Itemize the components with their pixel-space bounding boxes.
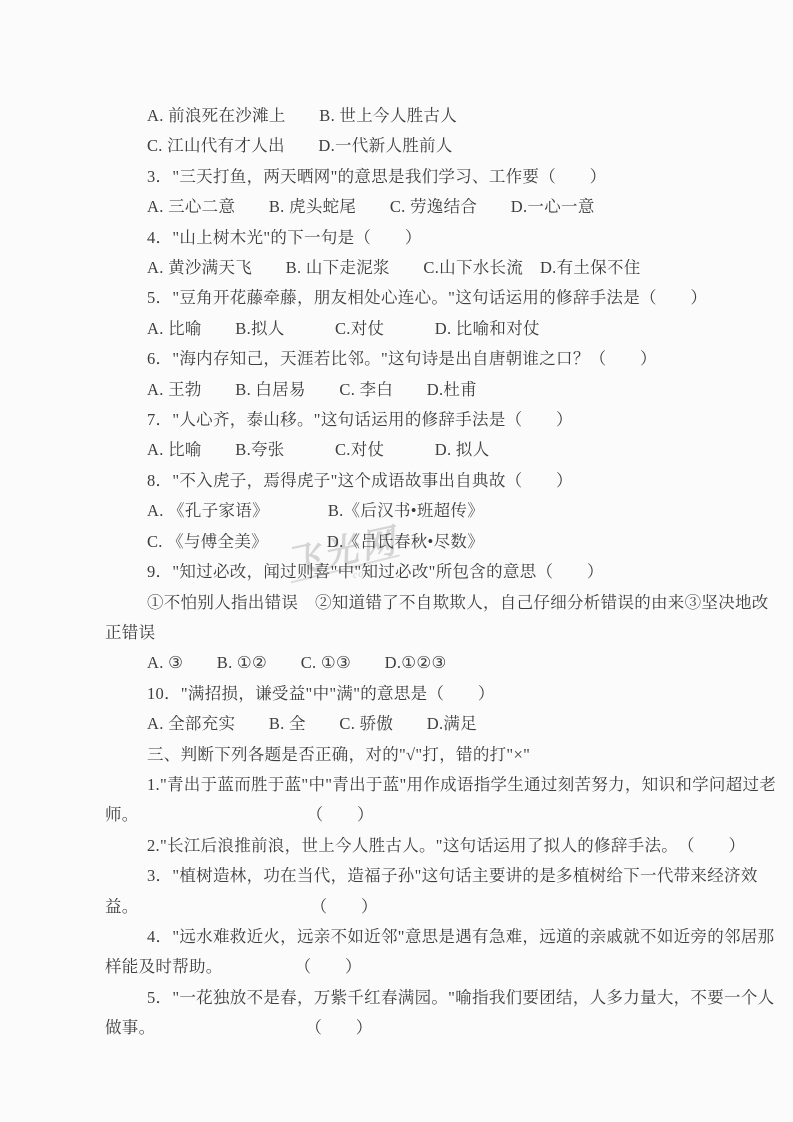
text-line: 正错误: [105, 618, 695, 648]
line-text: 师。: [105, 805, 139, 824]
line-text: 4．"山上树木光"的下一句是（ ）: [147, 228, 422, 247]
text-line: 做事。（ ）: [105, 1013, 695, 1043]
line-text: ①不怕别人指出错误 ②知道错了不自欺欺人，自己仔细分析错误的由来③坚决地改: [147, 593, 769, 612]
text-line: 样能及时帮助。（ ）: [105, 952, 695, 982]
text-line: C. 江山代有才人出 D.一代新人胜前人: [105, 131, 695, 161]
line-text: 6．"海内存知己，天涯若比邻。"这句诗是出自唐朝谁之口？（ ）: [147, 349, 657, 368]
line-text: 3．"三天打鱼，两天晒网"的意思是我们学习、工作要（ ）: [147, 167, 606, 186]
line-text: 7．"人心齐，泰山移。"这句话运用的修辞手法是（ ）: [147, 410, 573, 429]
line-text: C. 江山代有才人出 D.一代新人胜前人: [147, 136, 453, 155]
line-text: 2."长江后浪推前浪，世上今人胜古人。"这句话运用了拟人的修辞手法。: [147, 831, 678, 861]
text-line: A. 全部充实 B. 全 C. 骄傲 D.满足: [105, 709, 695, 739]
text-line: 9．"知过必改，闻过则喜"中"知过必改"所包含的意思（ ）: [105, 557, 695, 587]
answer-blank: （ ）: [305, 1013, 372, 1043]
answer-blank: （ ）: [311, 892, 378, 922]
line-text: A. 三心二意 B. 虎头蛇尾 C. 劳逸结合 D.一心一意: [147, 197, 595, 216]
line-text: 三、判断下列各题是否正确，对的"√"打，错的打"×": [147, 745, 530, 764]
text-line: 2."长江后浪推前浪，世上今人胜古人。"这句话运用了拟人的修辞手法。（ ）: [105, 831, 695, 861]
line-text: A. ③ B. ①② C. ①③ D.①②③: [147, 653, 447, 672]
line-text: 8．"不入虎子，焉得虎子"这个成语故事出自典故（ ）: [147, 471, 573, 490]
line-text: A. 全部充实 B. 全 C. 骄傲 D.满足: [147, 714, 477, 733]
answer-blank: （ ）: [678, 831, 745, 861]
line-text: A. 黄沙满天飞 B. 山下走泥浆 C.山下水长流 D.有土保不住: [147, 258, 641, 277]
line-text: 1."青出于蓝而胜于蓝"中"青出于蓝"用作成语指学生通过刻苦努力，知识和学问超过…: [147, 775, 776, 794]
text-line: 7．"人心齐，泰山移。"这句话运用的修辞手法是（ ）: [105, 405, 695, 435]
text-line: 益。（ ）: [105, 892, 695, 922]
line-text: A. 王勃 B. 白居易 C. 李白 D.杜甫: [147, 380, 477, 399]
text-line: A. 黄沙满天飞 B. 山下走泥浆 C.山下水长流 D.有土保不住: [105, 253, 695, 283]
text-line: 3．"三天打鱼，两天晒网"的意思是我们学习、工作要（ ）: [105, 162, 695, 192]
line-text: 5．"一花独放不是春，万紫千红春满园。"喻指我们要团结，人多力量大，不要一个人: [147, 988, 774, 1007]
line-text: 4．"远水难救近火，远亲不如近邻"意思是遇有急难，远道的亲戚就不如近旁的邻居那: [147, 927, 774, 946]
line-text: 益。: [105, 897, 139, 916]
text-line: C. 《与傅全美》 D.《吕氏春秋•尽数》: [105, 527, 695, 557]
text-line: A. ③ B. ①② C. ①③ D.①②③: [105, 648, 695, 678]
document-content: A. 前浪死在沙滩上 B. 世上今人胜古人C. 江山代有才人出 D.一代新人胜前…: [105, 101, 695, 1044]
line-text: 9．"知过必改，闻过则喜"中"知过必改"所包含的意思（ ）: [147, 562, 604, 581]
answer-blank: （ ）: [307, 800, 374, 830]
line-text: C. 《与傅全美》 D.《吕氏春秋•尽数》: [147, 532, 484, 551]
text-line: 5．"一花独放不是春，万紫千红春满园。"喻指我们要团结，人多力量大，不要一个人: [105, 983, 695, 1013]
text-line: 10．"满招损，谦受益"中"满"的意思是（ ）: [105, 679, 695, 709]
line-text: 样能及时帮助。: [105, 957, 223, 976]
text-line: 师。（ ）: [105, 800, 695, 830]
line-text: A. 比喻 B.夸张 C.对仗 D. 拟人: [147, 440, 489, 459]
text-line: 4．"远水难救近火，远亲不如近邻"意思是遇有急难，远道的亲戚就不如近旁的邻居那: [105, 922, 695, 952]
line-text: A. 《孔子家语》 B.《后汉书•班超传》: [147, 501, 484, 520]
text-line: A. 比喻 B.拟人 C.对仗 D. 比喻和对仗: [105, 314, 695, 344]
line-text: 5．"豆角开花藤牵藤，朋友相处心连心。"这句话运用的修辞手法是（ ）: [147, 288, 707, 307]
text-line: A. 王勃 B. 白居易 C. 李白 D.杜甫: [105, 375, 695, 405]
text-line: 6．"海内存知己，天涯若比邻。"这句诗是出自唐朝谁之口？（ ）: [105, 344, 695, 374]
text-line: 3．"植树造林，功在当代，造福子孙"这句话主要讲的是多植树给下一代带来经济效: [105, 861, 695, 891]
line-text: 做事。: [105, 1018, 155, 1037]
text-line: A. 三心二意 B. 虎头蛇尾 C. 劳逸结合 D.一心一意: [105, 192, 695, 222]
text-line: ①不怕别人指出错误 ②知道错了不自欺欺人，自己仔细分析错误的由来③坚决地改: [105, 588, 695, 618]
text-line: A. 《孔子家语》 B.《后汉书•班超传》: [105, 496, 695, 526]
text-line: A. 比喻 B.夸张 C.对仗 D. 拟人: [105, 435, 695, 465]
line-text: 10．"满招损，谦受益"中"满"的意思是（ ）: [147, 684, 495, 703]
text-line: 1."青出于蓝而胜于蓝"中"青出于蓝"用作成语指学生通过刻苦努力，知识和学问超过…: [105, 770, 695, 800]
document-page: 飞光网 com A. 前浪死在沙滩上 B. 世上今人胜古人C. 江山代有才人出 …: [0, 0, 793, 1122]
text-line: 三、判断下列各题是否正确，对的"√"打，错的打"×": [105, 740, 695, 770]
text-line: 5．"豆角开花藤牵藤，朋友相处心连心。"这句话运用的修辞手法是（ ）: [105, 283, 695, 313]
text-line: 4．"山上树木光"的下一句是（ ）: [105, 223, 695, 253]
text-line: A. 前浪死在沙滩上 B. 世上今人胜古人: [105, 101, 695, 131]
line-text: 正错误: [105, 623, 155, 642]
line-text: A. 前浪死在沙滩上 B. 世上今人胜古人: [147, 106, 457, 125]
answer-blank: （ ）: [295, 952, 362, 982]
line-text: A. 比喻 B.拟人 C.对仗 D. 比喻和对仗: [147, 319, 540, 338]
line-text: 3．"植树造林，功在当代，造福子孙"这句话主要讲的是多植树给下一代带来经济效: [147, 866, 758, 885]
text-line: 8．"不入虎子，焉得虎子"这个成语故事出自典故（ ）: [105, 466, 695, 496]
